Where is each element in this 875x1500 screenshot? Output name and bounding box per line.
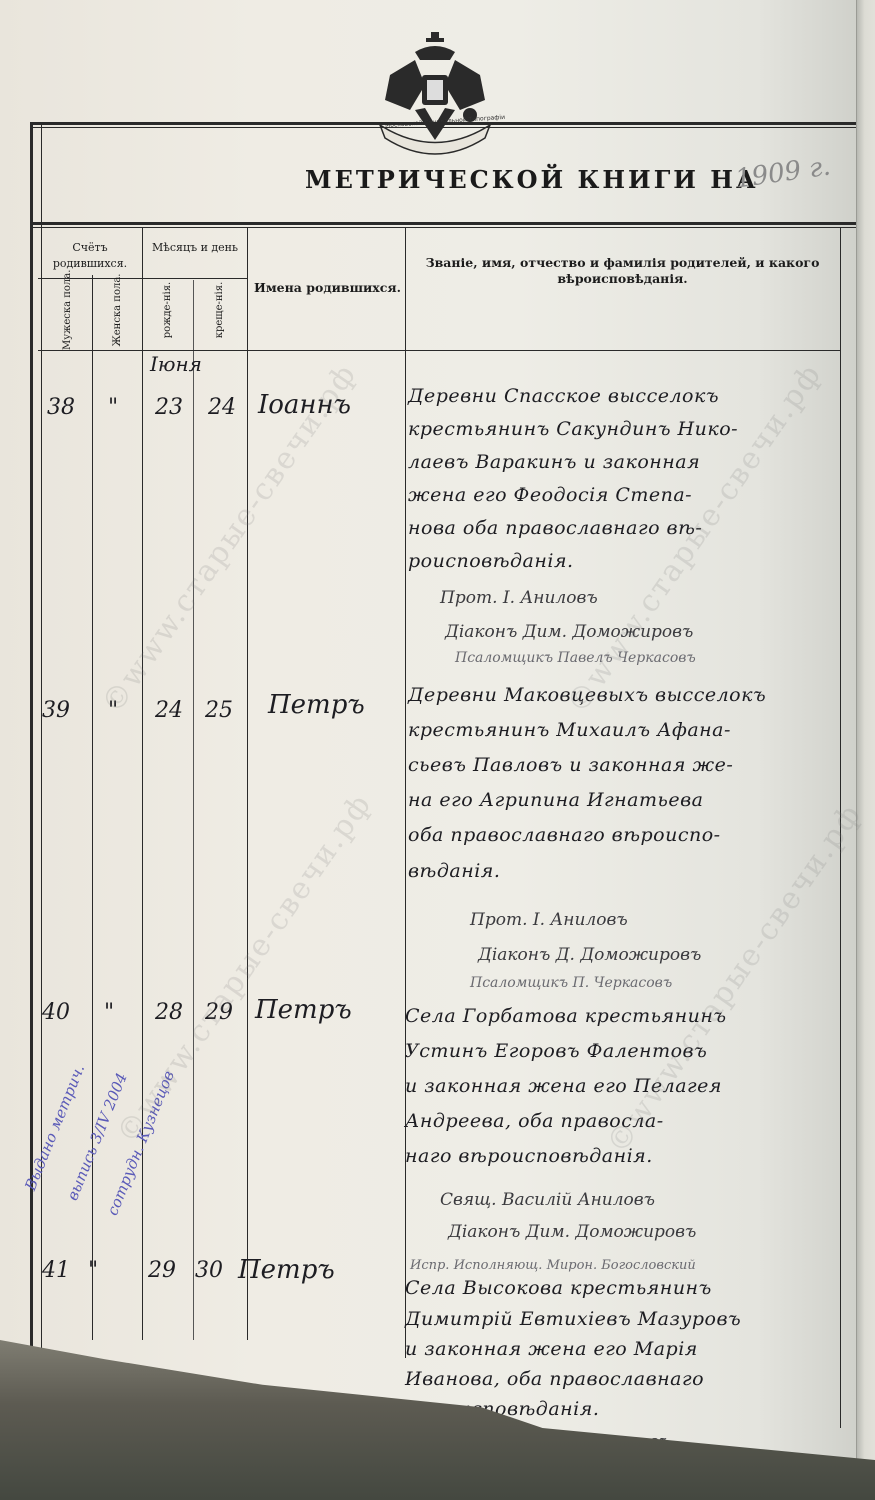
row-39-signature: Прот. І. Аниловъ xyxy=(470,910,628,930)
header-female: Женска пола. xyxy=(112,270,124,350)
header-names: Имена родившихся. xyxy=(250,280,405,296)
row-38-parents-line: Деревни Спасское высселокъ xyxy=(408,385,719,407)
header-baptism: креще-нія. xyxy=(214,270,226,350)
row-38-signature: Діаконъ Дим. Доможировъ xyxy=(445,622,693,642)
title-bottom-rule xyxy=(30,222,856,228)
col-divider xyxy=(142,228,143,1340)
row-41-baptism-day: 30 xyxy=(195,1258,223,1283)
page-title: МЕТРИЧЕСКОЙ КНИГИ НА xyxy=(305,165,759,194)
row-41-parents-line: Иванова, оба православнаго xyxy=(405,1368,704,1390)
row-39-parents-line: крестьянинъ Михаилъ Афана- xyxy=(408,719,731,741)
row-41-male-no: 41 xyxy=(42,1258,70,1283)
row-39-baptism-day: 25 xyxy=(205,698,233,723)
row-40-male-no: 40 xyxy=(42,1000,70,1025)
row-41-female-no: " xyxy=(88,1258,98,1283)
row-39-parents-line: вѣданія. xyxy=(408,860,500,882)
row-41-correction: Испр. Исполняющ. Мирон. Богословский xyxy=(410,1258,696,1273)
header-month-day-group: Мѣсяцъ и день xyxy=(145,240,245,256)
row-41-parents-line: Димитрій Евтихіевъ Мазуровъ xyxy=(405,1308,741,1330)
row-38-female-no: " xyxy=(108,395,118,420)
row-40-female-no: " xyxy=(104,1000,114,1025)
row-38-parents-line: крестьянинъ Сакундинъ Нико- xyxy=(408,418,738,440)
top-rule xyxy=(30,122,856,128)
row-38-parents-line: нова оба православнаго вѣ- xyxy=(408,517,702,539)
row-40-signature: Свящ. Василій Аниловъ xyxy=(440,1190,655,1210)
row-40-signature: Діаконъ Дим. Доможировъ xyxy=(448,1222,696,1242)
col-divider xyxy=(193,280,194,1340)
row-38-baptism-day: 24 xyxy=(208,395,236,420)
row-38-birth-day: 23 xyxy=(155,395,183,420)
header-parents: Званіе, имя, отчество и фамилія родителе… xyxy=(410,255,835,287)
row-41-name: Петръ xyxy=(238,1255,335,1285)
row-41-parents-line: Села Высокова крестьянинъ xyxy=(405,1277,712,1299)
col-divider xyxy=(405,228,406,1358)
row-38-male-no: 38 xyxy=(47,395,75,420)
row-39-signature: Псаломщикъ П. Черкасовъ xyxy=(470,975,672,991)
header-birth: рожде-нія. xyxy=(162,270,174,350)
month-label: Іюня xyxy=(150,352,202,376)
double-headed-eagle-icon xyxy=(370,30,500,160)
row-39-birth-day: 24 xyxy=(155,698,183,723)
row-40-name: Петръ xyxy=(255,995,352,1025)
header-male: Мужеска пола. xyxy=(62,270,74,350)
header-bottom-line xyxy=(38,350,840,351)
col-divider xyxy=(92,275,93,1340)
row-40-parents-line: Села Горбатова крестьянинъ xyxy=(405,1005,727,1027)
row-39-name: Петръ xyxy=(268,690,365,720)
row-39-male-no: 39 xyxy=(42,698,70,723)
row-39-parents-line: оба православнаго вѣроиспо- xyxy=(408,824,721,846)
row-41-parents-line: и законная жена его Марія xyxy=(405,1338,698,1360)
row-39-parents-line: на его Агрипина Игнатьева xyxy=(408,789,703,811)
row-38-parents-line: жена его Феодосія Степа- xyxy=(408,484,692,506)
adjacent-page-edge xyxy=(856,0,875,1500)
row-38-parents-line: лаевъ Варакинъ и законная xyxy=(408,451,700,473)
row-39-parents-line: сьевъ Павловъ и законная же- xyxy=(408,754,733,776)
row-41-birth-day: 29 xyxy=(148,1258,176,1283)
row-38-signature: Прот. І. Аниловъ xyxy=(440,588,598,608)
row-38-signature: Псаломщикъ Павелъ Черкасовъ xyxy=(455,650,696,666)
row-40-birth-day: 28 xyxy=(155,1000,183,1025)
header-count-group: Счётъ родившихся. xyxy=(40,240,140,272)
row-39-signature: Діаконъ Д. Доможировъ xyxy=(478,945,701,965)
row-38-parents-line: роисповѣданія. xyxy=(408,550,574,572)
col-divider xyxy=(247,228,248,1340)
